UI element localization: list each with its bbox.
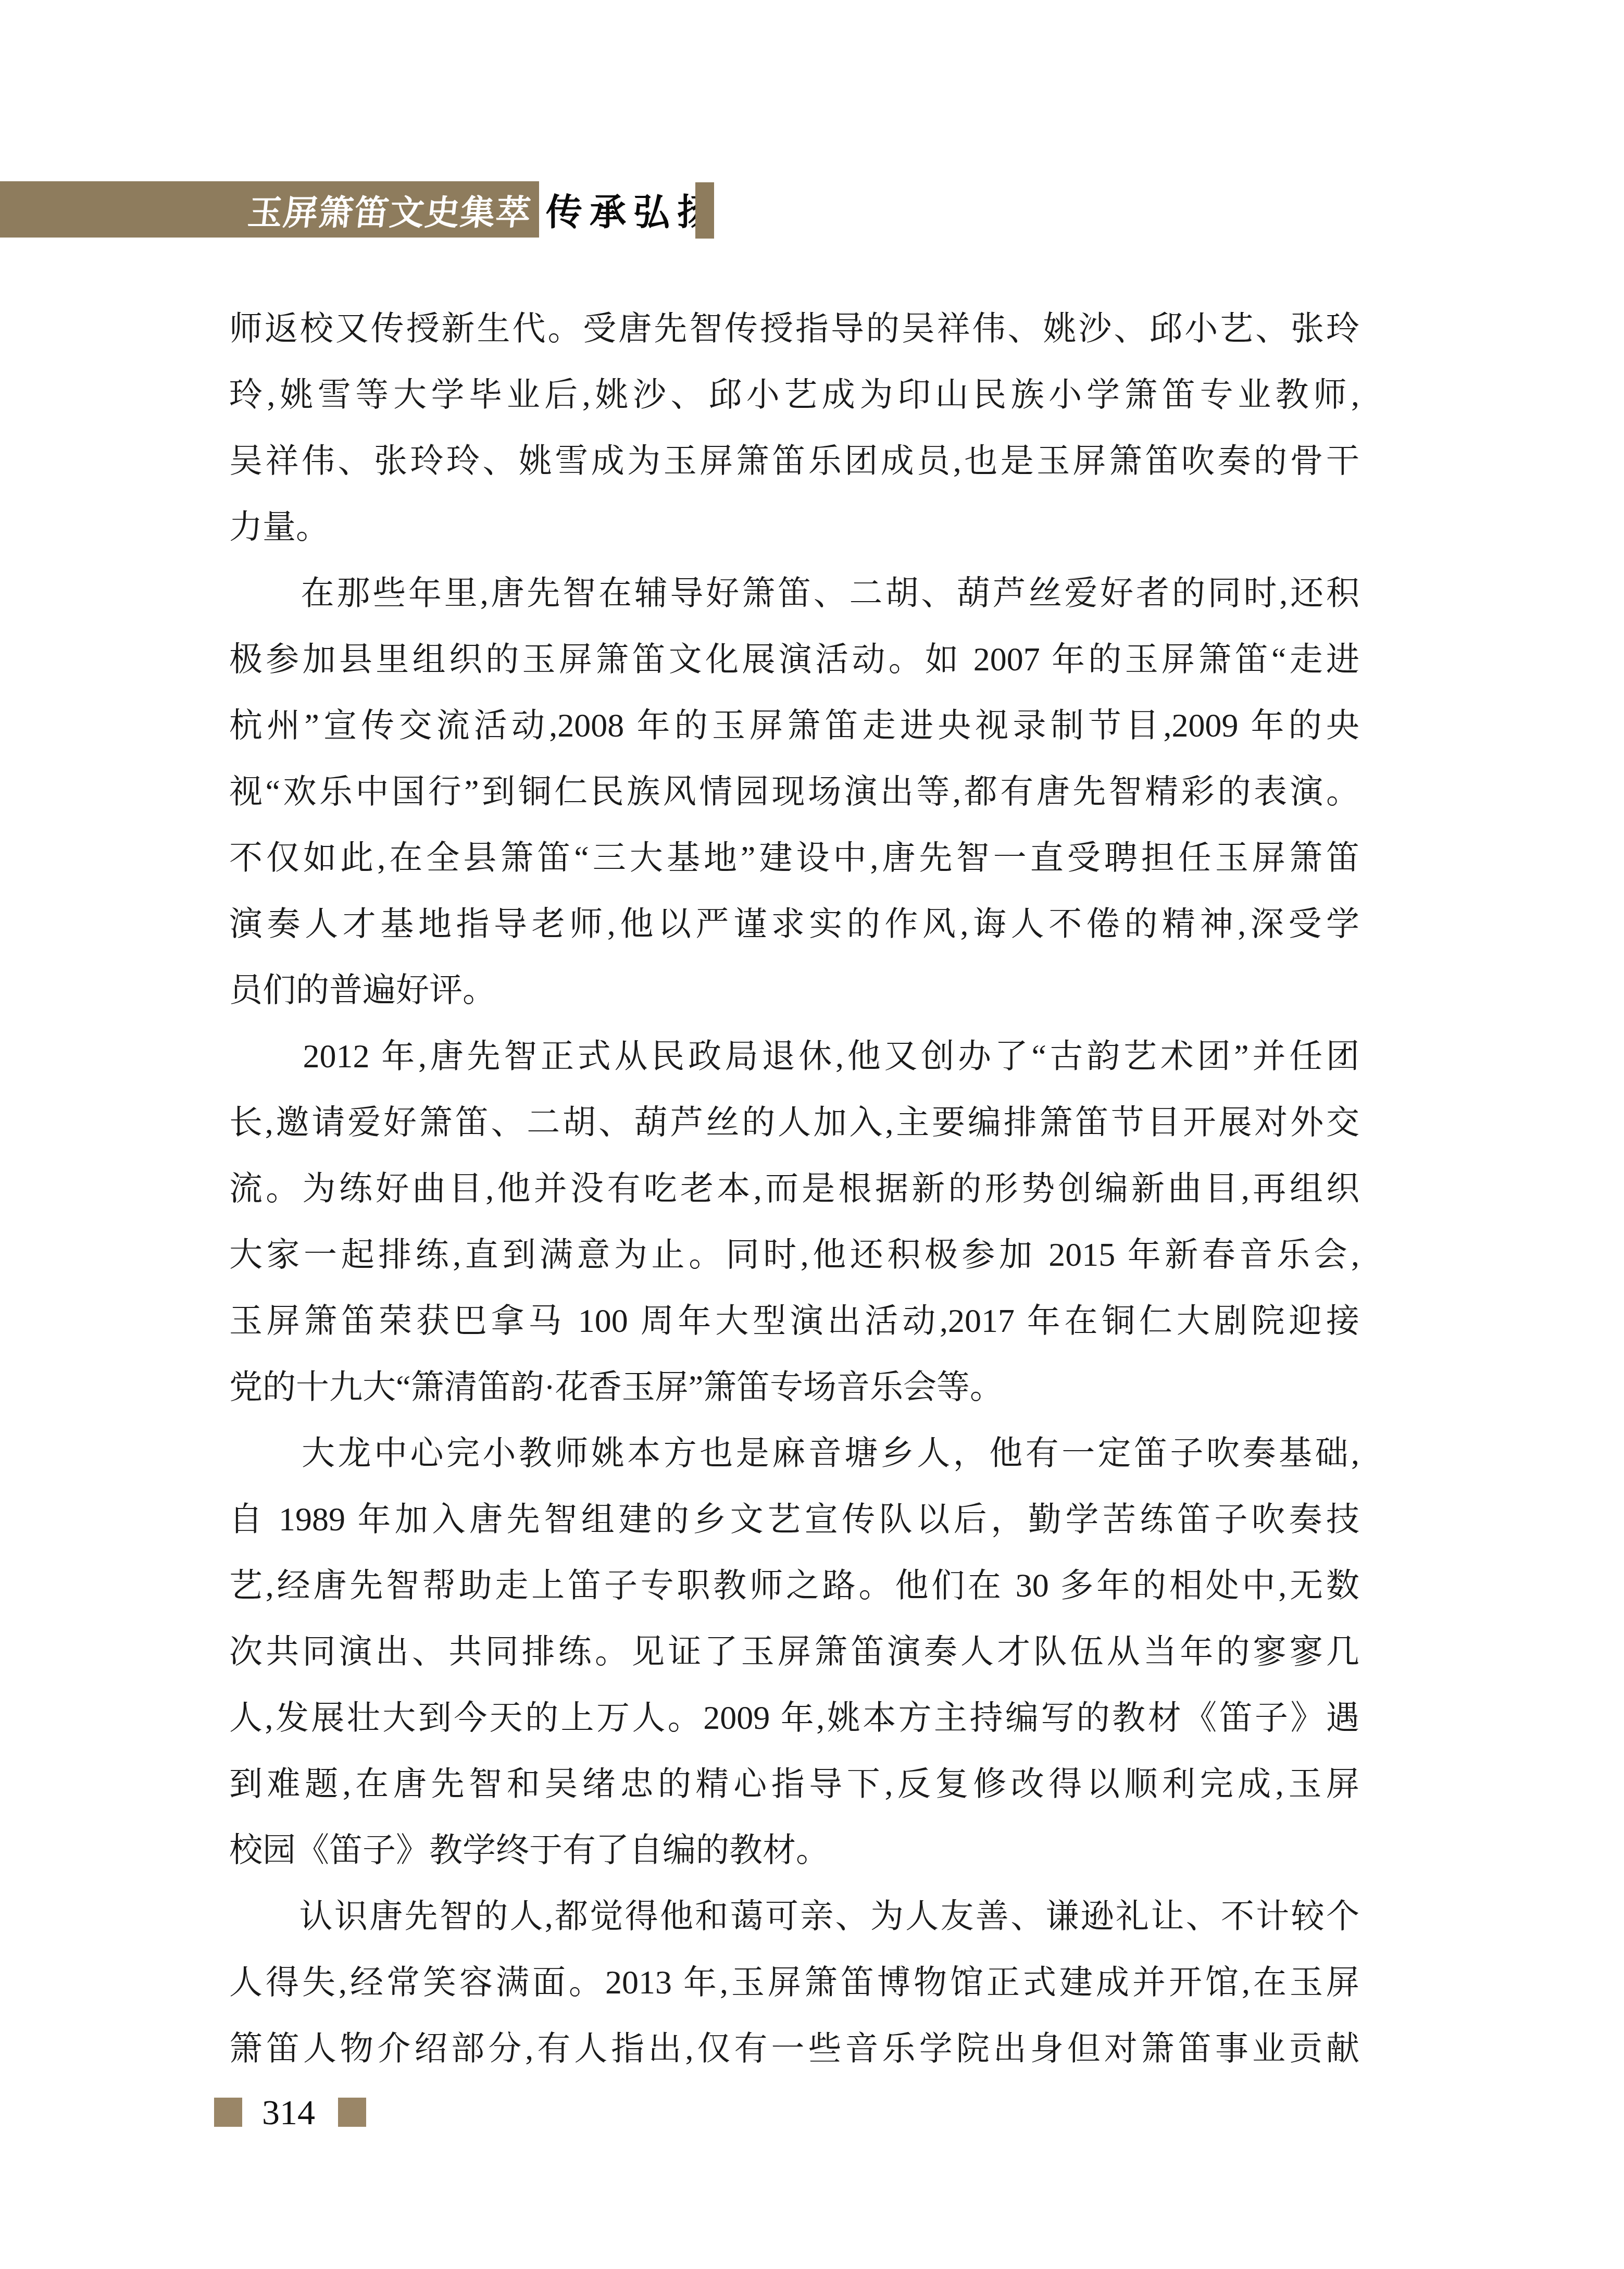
footer-right-square: [338, 2098, 366, 2127]
text-line: 在那些年里,唐先智在辅导好箫笛、二胡、葫芦丝爱好者的同时,还积: [229, 560, 1359, 626]
footer: 314: [214, 2097, 366, 2127]
section-title: 传承弘扬: [546, 181, 721, 238]
text-line: 自 1989 年加入唐先智组建的乡文艺宣传队以后，勤学苦练笛子吹奏技: [229, 1486, 1359, 1552]
text-line: 不仅如此,在全县箫笛“三大基地”建设中,唐先智一直受聘担任玉屏箫笛: [229, 825, 1359, 891]
text-line: 大家一起排练,直到满意为止。同时,他还积极参加 2015 年新春音乐会,: [229, 1221, 1359, 1288]
text-line: 玲,姚雪等大学毕业后,姚沙、邱小艺成为印山民族小学箫笛专业教师,: [229, 361, 1359, 428]
text-line: 长,邀请爱好箫笛、二胡、葫芦丝的人加入,主要编排箫笛节目开展对外交: [229, 1089, 1359, 1155]
text-line: 员们的普遍好评。: [229, 957, 1359, 1023]
text-line: 视“欢乐中国行”到铜仁民族风情园现场演出等,都有唐先智精彩的表演。: [229, 758, 1359, 825]
header-band: 玉屏箫笛文史集萃: [0, 181, 539, 238]
text-line: 校园《笛子》教学终于有了自编的教材。: [229, 1817, 1359, 1883]
text-lines: 师返校又传授新生代。受唐先智传授指导的吴祥伟、姚沙、邱小艺、张玲玲,姚雪等大学毕…: [229, 295, 1359, 2081]
page: 玉屏箫笛文史集萃 传承弘扬 师返校又传授新生代。受唐先智传授指导的吴祥伟、姚沙、…: [0, 0, 1624, 2269]
page-number: 314: [262, 2097, 315, 2127]
text-line: 吴祥伟、张玲玲、姚雪成为玉屏箫笛乐团成员,也是玉屏箫笛吹奏的骨干: [229, 428, 1359, 494]
text-line: 艺,经唐先智帮助走上笛子专职教师之路。他们在 30 多年的相处中,无数: [229, 1552, 1359, 1618]
text-line: 认识唐先智的人,都觉得他和蔼可亲、为人友善、谦逊礼让、不计较个: [229, 1883, 1359, 1949]
banner-calligraphy: 玉屏箫笛文史集萃: [246, 185, 534, 234]
text-line: 师返校又传授新生代。受唐先智传授指导的吴祥伟、姚沙、邱小艺、张玲: [229, 295, 1359, 361]
text-line: 2012 年,唐先智正式从民政局退休,他又创办了“古韵艺术团”并任团: [229, 1023, 1359, 1089]
text-line: 演奏人才基地指导老师,他以严谨求实的作风,诲人不倦的精神,深受学: [229, 891, 1359, 957]
footer-left-square: [214, 2098, 242, 2127]
body-text: 师返校又传授新生代。受唐先智传授指导的吴祥伟、姚沙、邱小艺、张玲玲,姚雪等大学毕…: [229, 295, 1359, 2081]
text-line: 箫笛人物介绍部分,有人指出,仅有一些音乐学院出身但对箫笛事业贡献: [229, 2015, 1359, 2081]
text-line: 党的十九大“箫清笛韵·花香玉屏”箫笛专场音乐会等。: [229, 1354, 1359, 1420]
text-line: 流。为练好曲目,他并没有吃老本,而是根据新的形势创编新曲目,再组织: [229, 1155, 1359, 1221]
text-line: 人,发展壮大到今天的上万人。2009 年,姚本方主持编写的教材《笛子》遇: [229, 1685, 1359, 1751]
header-accent-block: [695, 182, 714, 239]
text-line: 力量。: [229, 494, 1359, 560]
text-line: 玉屏箫笛荣获巴拿马 100 周年大型演出活动,2017 年在铜仁大剧院迎接: [229, 1288, 1359, 1354]
text-line: 极参加县里组织的玉屏箫笛文化展演活动。如 2007 年的玉屏箫笛“走进: [229, 626, 1359, 692]
text-line: 杭州”宣传交流活动,2008 年的玉屏箫笛走进央视录制节目,2009 年的央: [229, 692, 1359, 758]
text-line: 次共同演出、共同排练。见证了玉屏箫笛演奏人才队伍从当年的寥寥几: [229, 1618, 1359, 1685]
text-line: 到难题,在唐先智和吴绪忠的精心指导下,反复修改得以顺利完成,玉屏: [229, 1751, 1359, 1817]
text-line: 人得失,经常笑容满面。2013 年,玉屏箫笛博物馆正式建成并开馆,在玉屏: [229, 1949, 1359, 2015]
text-line: 大龙中心完小教师姚本方也是麻音塘乡人，他有一定笛子吹奏基础,: [229, 1420, 1359, 1486]
